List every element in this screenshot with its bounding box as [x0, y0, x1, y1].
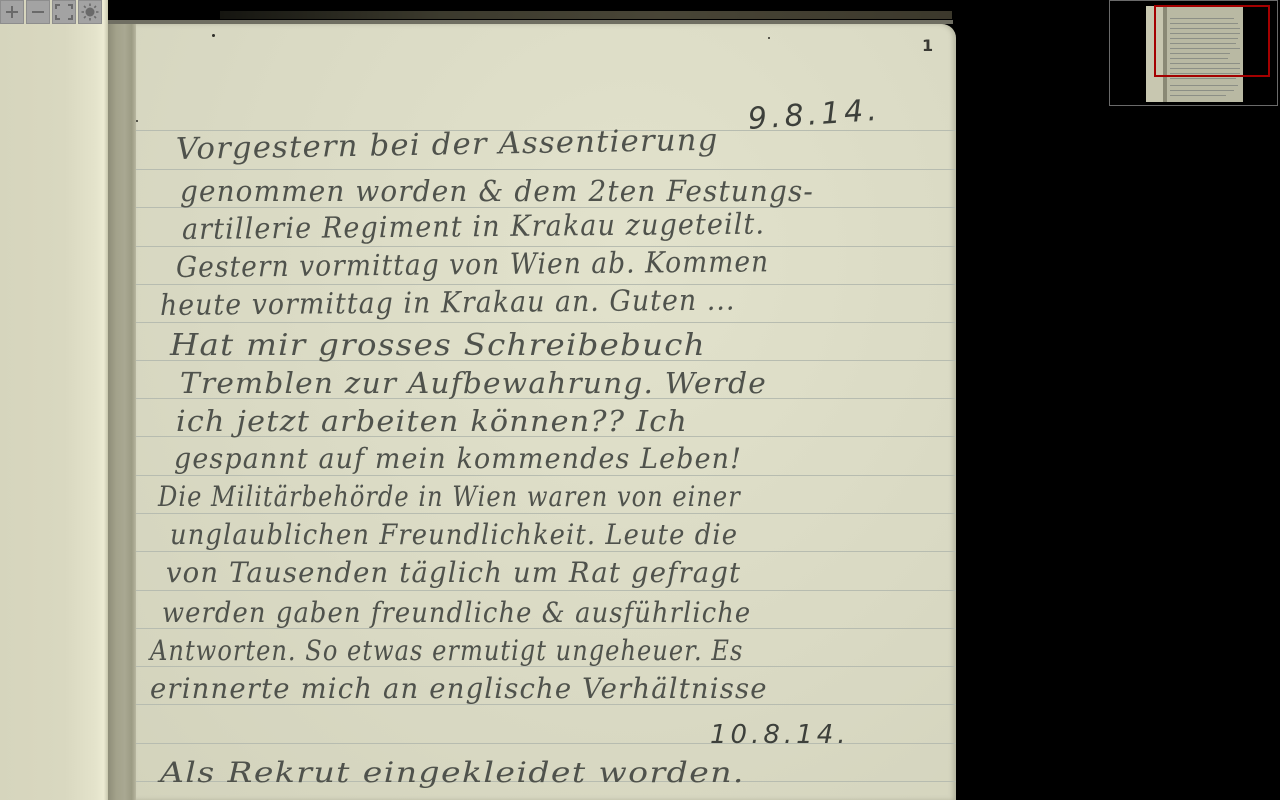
viewer-toolbar: [0, 0, 102, 24]
brightness-icon: [81, 3, 99, 21]
handwritten-line: ich jetzt arbeiten können?? Ich: [176, 404, 688, 438]
ruled-line: [136, 590, 956, 591]
ink-speck: [212, 34, 215, 37]
handwritten-line: erinnerte mich an englische Verhältnisse: [150, 672, 768, 705]
ruled-line: [136, 475, 956, 476]
handwritten-line: Antworten. So etwas ermutigt ungeheuer. …: [150, 634, 743, 667]
thumbnail-text-line: [1170, 85, 1238, 86]
zoom-in-button[interactable]: [0, 0, 24, 24]
thumbnail-text-line: [1170, 78, 1236, 79]
handwritten-line: genommen worden & dem 2ten Festungs-: [180, 174, 814, 208]
page-number: 1: [922, 36, 933, 55]
handwritten-line: werden gaben freundliche & ausführliche: [162, 596, 751, 629]
handwritten-line: Gestern vormittag von Wien ab. Kommen: [176, 244, 769, 284]
image-viewer[interactable]: 1 9.8.14. Vorgestern bei der Assentierun…: [0, 0, 1280, 800]
ruled-line: [136, 513, 956, 514]
ruled-line: [136, 169, 956, 170]
fullscreen-button[interactable]: [52, 0, 76, 24]
diary-page: 1 9.8.14. Vorgestern bei der Assentierun…: [136, 24, 956, 800]
ink-speck: [768, 37, 770, 39]
ink-speck: [136, 120, 138, 122]
handwritten-line: gespannt auf mein kommendes Leben!: [174, 442, 742, 475]
scanned-diary-page[interactable]: 1 9.8.14. Vorgestern bei der Assentierun…: [0, 0, 962, 800]
thumbnail-text-line: [1170, 95, 1226, 96]
plus-icon: [4, 4, 20, 20]
handwritten-line: heute vormittag in Krakau an. Guten ...: [160, 283, 736, 322]
handwritten-line: von Tausenden täglich um Rat gefragt: [166, 556, 741, 589]
zoom-out-button[interactable]: [26, 0, 50, 24]
handwritten-line: Als Rekrut eingekleidet worden.: [160, 756, 745, 789]
ruled-line: [136, 322, 956, 323]
minus-icon: [30, 4, 46, 20]
thumbnail-text-line: [1170, 90, 1234, 91]
ruled-line: [136, 551, 956, 552]
navigator-minimap[interactable]: [1109, 0, 1278, 106]
book-top-edge: [100, 0, 962, 22]
handwritten-line: Die Militärbehörde in Wien waren von ein…: [158, 480, 741, 513]
book-binding: [108, 22, 136, 800]
brightness-button[interactable]: [78, 0, 102, 24]
fullscreen-icon: [55, 4, 73, 20]
handwritten-line: unglaublichen Freundlichkeit. Leute die: [170, 518, 738, 551]
left-page-edge: [0, 0, 108, 800]
handwritten-line: Tremblen zur Aufbewahrung. Werde: [180, 366, 767, 400]
handwritten-line: artillerie Regiment in Krakau zugeteilt.: [182, 207, 765, 246]
navigator-viewport-rect[interactable]: [1154, 5, 1270, 77]
entry-date: 10.8.14.: [710, 720, 850, 750]
handwritten-line: Hat mir grosses Schreibebuch: [170, 328, 706, 363]
